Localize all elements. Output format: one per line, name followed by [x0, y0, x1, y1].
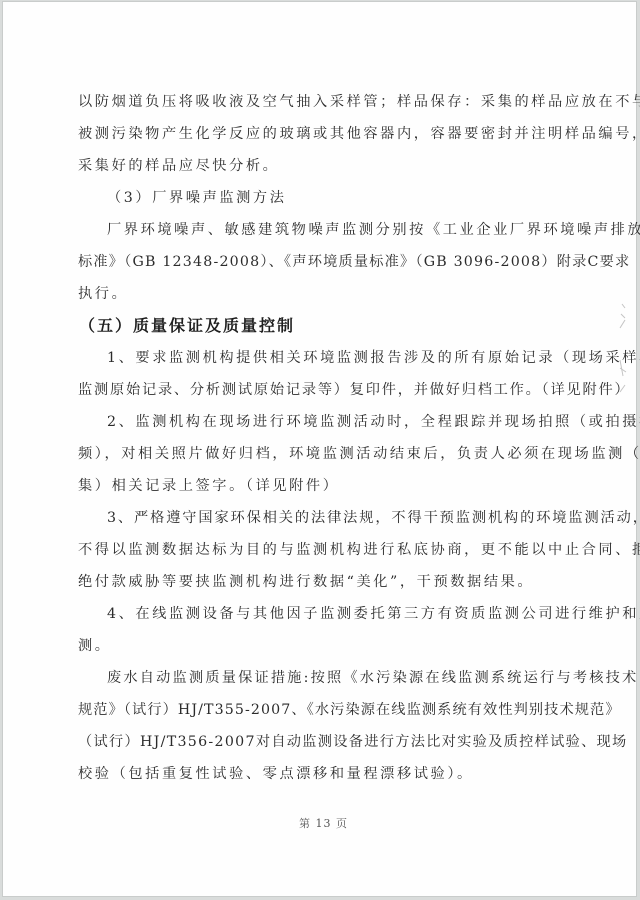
text-line: 被测污染物产生化学反应的玻璃或其他容器内，容器要密封并注明样品编号，: [78, 124, 640, 144]
text-line: 4、在线监测设备与其他因子监测委托第三方有资质监测公司进行维护和监: [107, 604, 640, 624]
scan-artifact-marks: [616, 302, 632, 426]
text-line: 监测原始记录、分析测试原始记录等）复印件，并做好归档工作。（详见附件）: [78, 380, 630, 400]
subsection-title-noise-method: （3）厂界噪声监测方法: [107, 188, 287, 208]
text-line: 2、监测机构在现场进行环境监测活动时，全程跟踪并现场拍照（或拍摄视: [107, 412, 640, 432]
text-line: （试行）HJ/T356-2007对自动监测设备进行方法比对实验及质控样试验、现场: [78, 732, 628, 752]
text-line: 规范》（试行）HJ/T355-2007、《水污染源在线监测系统有效性判别技术规范…: [78, 700, 621, 720]
text-line: 集）相关记录上签字。（详见附件）: [78, 476, 340, 496]
text-line: 标准》（GB 12348-2008）、《声环境质量标准》（GB 3096-200…: [78, 252, 630, 272]
document-page: 以防烟道负压将吸收液及空气抽入采样管；样品保存：采集的样品应放在不与 被测污染物…: [2, 1, 637, 897]
text-line: 测。: [78, 636, 112, 656]
text-line: 1、要求监测机构提供相关环境监测报告涉及的所有原始记录（现场采样、: [107, 348, 640, 368]
text-line: 采集好的样品应尽快分析。: [78, 156, 279, 176]
section-heading-quality-control: （五）质量保证及质量控制: [79, 315, 295, 337]
page-number: 第 13 页: [299, 815, 348, 831]
text-line: 厂界环境噪声、敏感建筑物噪声监测分别按《工业企业厂界环境噪声排放: [107, 220, 640, 240]
text-line: 废水自动监测质量保证措施:按照《水污染源在线监测系统运行与考核技术: [107, 668, 638, 688]
scan-mark-icon: [616, 302, 632, 422]
text-line: 绝付款威胁等要挟监测机构进行数据“美化”，干预数据结果。: [78, 572, 534, 592]
text-line: 3、严格遵守国家环保相关的法律法规，不得干预监测机构的环境监测活动，: [107, 508, 640, 528]
text-line: 校验（包括重复性试验、零点漂移和量程漂移试验）。: [78, 764, 474, 784]
text-line: 不得以监测数据达标为目的与监测机构进行私底协商，更不能以中止合同、拒: [78, 540, 640, 560]
text-line: 以防烟道负压将吸收液及空气抽入采样管；样品保存：采集的样品应放在不与: [78, 92, 640, 112]
text-line: 频），对相关照片做好归档，环境监测活动结束后，负责人必须在现场监测（采: [78, 444, 640, 464]
text-line: 执行。: [78, 284, 128, 304]
